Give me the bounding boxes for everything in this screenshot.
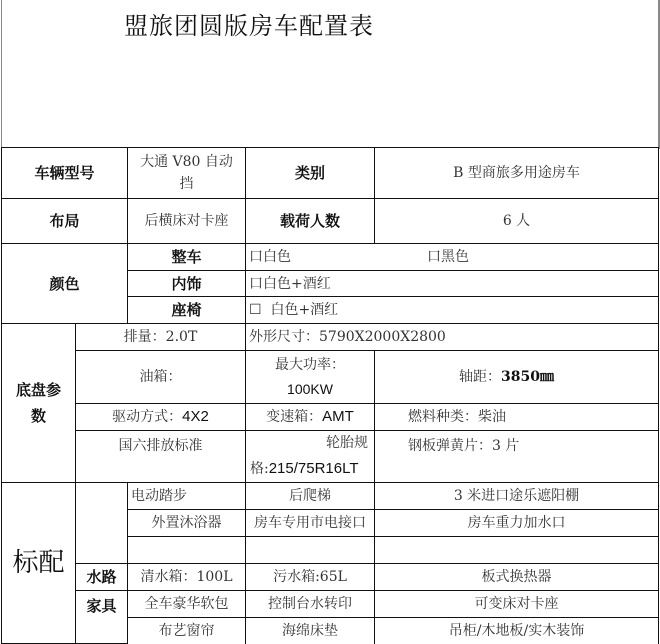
displacement-cell: 排量：2.0T (75, 323, 246, 351)
standard-row4-c2: 污水箱:65L (245, 563, 375, 591)
standard-row5-c2: 控制台水转印 (245, 590, 375, 618)
drive-label: 驱动方式： (112, 405, 182, 429)
color-interior-options-cell: 口白色+酒红 (245, 270, 659, 297)
leaf-spring-cell: 钢板弹黄片：3 片 (374, 430, 659, 483)
model-value-line2: 挡 (180, 173, 194, 195)
color-label-cell: 颜色 (1, 243, 128, 324)
wheelbase-label: 轴距： (459, 365, 501, 389)
capacity-value: 6 人 (503, 209, 530, 233)
gearbox-value: AMT (322, 405, 354, 429)
color-seat-option: ☐ 白色+酒红 (249, 298, 338, 322)
standard-row1-c3: 3 米进口途乐遮阳棚 (374, 482, 659, 510)
color-seat-label-cell: 座椅 (127, 296, 246, 324)
category-value: B 型商旅多用途房车 (453, 161, 580, 185)
color-body-label-cell: 整车 (127, 243, 246, 271)
color-seat-options-cell: ☐ 白色+酒红 (245, 296, 659, 324)
tire-prefix: 格: (250, 461, 269, 477)
standard-row2-c3: 房车重力加水口 (374, 509, 659, 537)
capacity-label-cell: 载荷人数 (245, 198, 375, 244)
capacity-label: 载荷人数 (280, 209, 340, 233)
drive-cell: 驱动方式：4X2 (75, 403, 246, 431)
color-body-option-white: 口白色 (249, 245, 427, 269)
displacement: 排量：2.0T (124, 325, 198, 349)
standard-row5-c3: 可变床对卡座 (374, 590, 659, 618)
tire-label-line1: 轮胎规 (246, 431, 374, 456)
standard-row3-c1 (127, 536, 246, 564)
page-title: 盟旅团圆版房车配置表 (124, 6, 374, 41)
color-body-options-cell: 口白色 口黑色 (245, 243, 659, 271)
layout-label-cell: 布局 (1, 198, 128, 244)
standard-row2-c1: 外置沐浴器 (127, 509, 246, 537)
max-power-value: 100KW (287, 377, 333, 401)
wheelbase-value: 3850㎜ (501, 365, 554, 389)
standard-row1-c2: 后爬梯 (245, 482, 375, 510)
standard-row6-c3: 吊柜/木地板/实木装饰 (374, 617, 659, 644)
item-electric-step: 电动踏步 (131, 484, 187, 508)
standard-sub-empty-cell (75, 482, 128, 564)
standard-row4-c3: 板式换热器 (374, 563, 659, 591)
chassis-label-line1: 底盘参 (16, 377, 61, 403)
layout-value-cell: 后横床对卡座 (127, 198, 246, 244)
standard-row3-c3 (374, 536, 659, 564)
capacity-value-cell: 6 人 (374, 198, 659, 244)
standard-water-label-cell: 水路 (75, 563, 128, 591)
standard-label-cell: 标配 (1, 482, 76, 644)
item-convertible-bed: 可变床对卡座 (475, 592, 559, 616)
dimensions-cell: 外形尺寸：5790X2000X2800 (245, 323, 659, 351)
model-label: 车辆型号 (34, 161, 94, 185)
tire-label-line2: 格:215/75R16LT (246, 456, 374, 482)
standard-row4-c1: 清水箱：100L (127, 563, 246, 591)
category-value-cell: B 型商旅多用途房车 (374, 147, 659, 199)
item-mattress: 海绵床垫 (282, 619, 338, 643)
emission: 国六排放标准 (119, 434, 203, 458)
dimensions: 外形尺寸：5790X2000X2800 (249, 325, 446, 349)
item-rear-ladder: 后爬梯 (289, 484, 331, 508)
layout-value: 后横床对卡座 (145, 209, 229, 233)
fuel-type: 燃料种类：柴油 (408, 405, 506, 429)
gearbox-label: 变速箱： (266, 405, 322, 429)
item-outdoor-shower: 外置沐浴器 (152, 511, 222, 535)
leaf-spring: 钢板弹黄片：3 片 (408, 434, 519, 458)
standard-furniture-label-cell: 家具 (75, 590, 128, 644)
emission-cell: 国六排放标准 (75, 430, 246, 483)
standard-row2-c2: 房车专用市电接口 (245, 509, 375, 537)
standard-row3-c2 (245, 536, 375, 564)
item-power-inlet: 房车专用市电接口 (254, 511, 366, 535)
tire-value: 215/75R16LT (269, 460, 359, 477)
standard-row6-c2: 海绵床垫 (245, 617, 375, 644)
standard-row1-c1: 电动踏步 (127, 482, 246, 510)
color-seat-label: 座椅 (171, 298, 201, 322)
chassis-label-line2: 数 (31, 403, 46, 429)
furniture-label: 家具 (86, 594, 116, 618)
item-console-transfer: 控制台水转印 (268, 592, 352, 616)
model-value-cell: 大通 V80 自动 挡 (127, 147, 246, 199)
item-awning: 3 米进口途乐遮阳棚 (454, 484, 579, 508)
color-interior-option: 口白色+酒红 (249, 272, 331, 296)
gearbox-cell: 变速箱：AMT (245, 403, 375, 431)
item-water-inlet: 房车重力加水口 (468, 511, 566, 535)
chassis-label-cell: 底盘参 数 (1, 323, 76, 483)
color-interior-label-cell: 内饰 (127, 270, 246, 297)
fuel-tank: 油箱： (140, 365, 182, 389)
color-label: 颜色 (49, 272, 79, 296)
layout-label: 布局 (49, 209, 79, 233)
model-label-cell: 车辆型号 (1, 147, 128, 199)
water-label: 水路 (86, 565, 116, 589)
max-power-cell: 最大功率： 100KW (245, 350, 375, 404)
item-soft-upholstery: 全车豪华软包 (145, 592, 229, 616)
fuel-type-cell: 燃料种类：柴油 (374, 403, 659, 431)
fuel-tank-cell: 油箱： (75, 350, 246, 404)
standard-row5-c1: 全车豪华软包 (127, 590, 246, 618)
item-fresh-water: 清水箱：100L (140, 565, 232, 589)
tire-cell: 轮胎规 格:215/75R16LT (245, 430, 375, 483)
color-body-label: 整车 (171, 245, 201, 269)
item-waste-water: 污水箱:65L (273, 565, 347, 589)
item-cabinets-floor: 吊柜/木地板/实木装饰 (449, 619, 584, 643)
standard-row6-c1: 布艺窗帘 (127, 617, 246, 644)
drive-value: 4X2 (182, 405, 209, 429)
item-heat-exchanger: 板式换热器 (482, 565, 552, 589)
color-body-option-black: 口黑色 (427, 245, 469, 269)
model-value-line1: 大通 V80 自动 (140, 151, 233, 173)
item-curtains: 布艺窗帘 (159, 619, 215, 643)
color-interior-label: 内饰 (171, 272, 201, 296)
max-power-label: 最大功率： (275, 353, 345, 377)
category-label: 类别 (295, 161, 325, 185)
category-label-cell: 类别 (245, 147, 375, 199)
wheelbase-cell: 轴距：3850㎜ (374, 350, 659, 404)
standard-label: 标配 (12, 551, 64, 575)
